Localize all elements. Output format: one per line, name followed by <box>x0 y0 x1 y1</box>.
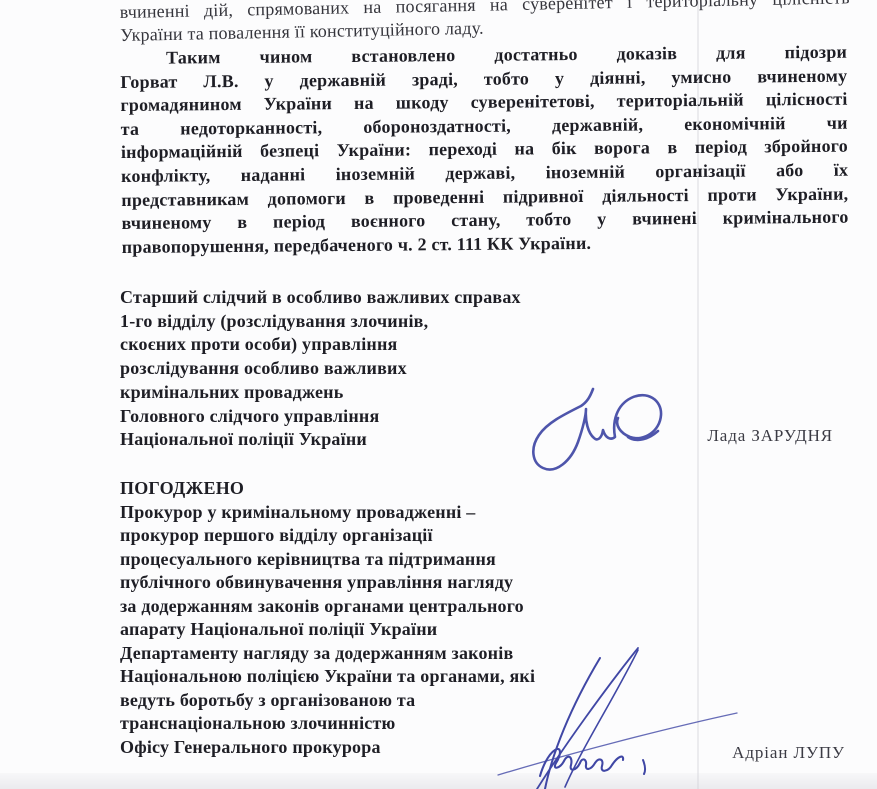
position-line: Національної поліції України <box>120 428 610 452</box>
scan-edge-shadow <box>0 773 877 789</box>
investigator-position-block: Старший слідчий в особливо важливих спра… <box>120 286 610 452</box>
position-line: скоєних проти особи) управління <box>120 333 610 357</box>
position-line: 1-го відділу (розслідування злочинів, <box>120 310 610 334</box>
body-paragraph-continuation: вчиненні дій, спрямованих на посягання н… <box>120 0 851 47</box>
position-line: кримінальних проваджень <box>120 381 610 405</box>
approval-block: ПОГОДЖЕНО Прокурор у кримінальному прова… <box>120 477 630 759</box>
position-line: розслідування особливо важливих <box>120 357 610 381</box>
position-line: Департаменту нагляду за додержанням зако… <box>120 642 630 666</box>
scanned-document-page: вчиненні дій, спрямованих на посягання н… <box>0 0 877 789</box>
position-line: ведуть боротьбу з організованою та <box>120 689 630 713</box>
prosecutor-name: Адріан ЛУПУ <box>732 743 845 763</box>
position-line: апарату Національної поліції України <box>120 618 630 642</box>
position-line: прокурор першого відділу організації <box>120 524 630 548</box>
position-line: Національною поліцією України та органам… <box>120 665 630 689</box>
position-line: процесуального керівництва та підтриманн… <box>120 548 630 572</box>
position-line: Прокурор у кримінальному провадженні – <box>120 501 630 525</box>
position-line: публічного обвинувачення управління нагл… <box>120 571 630 595</box>
position-line: за додержанням законів органами централь… <box>120 595 630 619</box>
position-line: Офісу Генерального прокурора <box>120 736 630 760</box>
investigator-name: Лада ЗАРУДНЯ <box>707 426 833 446</box>
suspicion-conclusion-paragraph: Таким чином встановлено достатньо доказі… <box>120 41 849 260</box>
approval-heading: ПОГОДЖЕНО <box>120 477 630 501</box>
position-line: Старший слідчий в особливо важливих спра… <box>120 286 610 310</box>
position-line: транснаціональною злочинністю <box>120 712 630 736</box>
position-line: Головного слідчого управління <box>120 405 610 429</box>
